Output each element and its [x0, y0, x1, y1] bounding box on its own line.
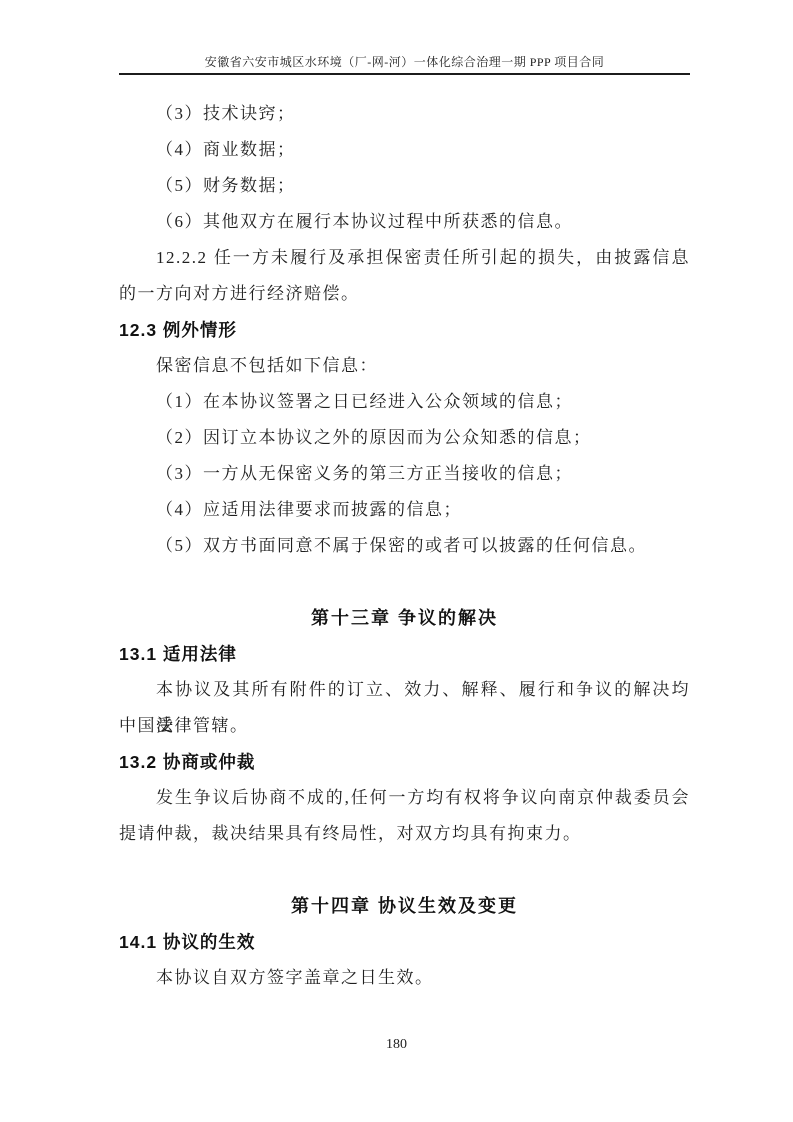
section-heading: 12.3 例外情形 [119, 312, 690, 348]
list-item: （5）财务数据； [119, 168, 690, 204]
document-page: 安徽省六安市城区水环境（厂-网-河）一体化综合治理一期 PPP 项目合同 （3）… [0, 0, 793, 1122]
chapter-heading: 第十三章 争议的解决 [119, 600, 690, 636]
clause-line: 本协议及其所有附件的订立、效力、解释、履行和争议的解决均受 [119, 672, 690, 708]
list-item: （5）双方书面同意不属于保密的或者可以披露的任何信息。 [119, 528, 690, 564]
list-item: （4）应适用法律要求而披露的信息； [119, 492, 690, 528]
clause-line: 保密信息不包括如下信息： [119, 348, 690, 384]
list-item: （3）一方从无保密义务的第三方正当接收的信息； [119, 456, 690, 492]
clause-line: 发生争议后协商不成的,任何一方均有权将争议向南京仲裁委员会 [119, 780, 690, 816]
list-item: （3）技术诀窍； [119, 96, 690, 132]
blank-line [119, 564, 690, 600]
blank-line [119, 852, 690, 888]
chapter-heading: 第十四章 协议生效及变更 [119, 888, 690, 924]
section-heading: 13.2 协商或仲裁 [119, 744, 690, 780]
list-item: （1）在本协议签署之日已经进入公众领域的信息； [119, 384, 690, 420]
clause-line: 中国法律管辖。 [119, 708, 690, 744]
clause-line: 提请仲裁，裁决结果具有终局性，对双方均具有拘束力。 [119, 816, 690, 852]
section-heading: 13.1 适用法律 [119, 636, 690, 672]
list-item: （4）商业数据； [119, 132, 690, 168]
section-heading: 14.1 协议的生效 [119, 924, 690, 960]
page-number: 180 [0, 1037, 793, 1053]
clause-line: 12.2.2 任一方未履行及承担保密责任所引起的损失，由披露信息 [119, 240, 690, 276]
document-body: （3）技术诀窍； （4）商业数据； （5）财务数据； （6）其他双方在履行本协议… [119, 96, 690, 996]
clause-line: 本协议自双方签字盖章之日生效。 [119, 960, 690, 996]
list-item: （2）因订立本协议之外的原因而为公众知悉的信息； [119, 420, 690, 456]
list-item: （6）其他双方在履行本协议过程中所获悉的信息。 [119, 204, 690, 240]
document-header-title: 安徽省六安市城区水环境（厂-网-河）一体化综合治理一期 PPP 项目合同 [119, 53, 690, 70]
clause-line: 的一方向对方进行经济赔偿。 [119, 276, 690, 312]
header-rule [119, 73, 690, 75]
